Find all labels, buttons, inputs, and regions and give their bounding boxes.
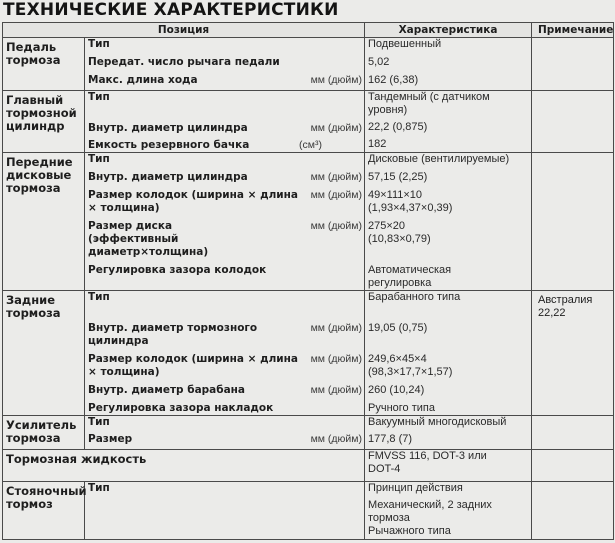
row-value: 5,02 [365, 56, 531, 69]
row-label: Передат. число рычага педали [88, 56, 280, 69]
row-unit: мм (дюйм) [311, 322, 362, 348]
header-characteristic: Характеристика [365, 23, 532, 38]
row-label: Макс. длина хода [88, 74, 198, 87]
row-unit: мм (дюйм) [311, 353, 362, 379]
row-note [532, 450, 614, 482]
group-name: Стояночный тормоз [3, 482, 85, 540]
row-value: Рычажного типа [365, 525, 531, 538]
row-label: Тип [88, 482, 110, 495]
row-value: 182 [365, 138, 531, 151]
row-unit: мм (дюйм) [311, 433, 362, 446]
row-value: 22,2 (0,875) [365, 121, 531, 134]
page-title: ТЕХНИЧЕСКИЕ ХАРАКТЕРИСТИКИ [3, 0, 339, 20]
table-row: Передние дисковые тормоза Тип Внутр. диа… [3, 153, 614, 291]
row-label: Внутр. диаметр цилиндра [88, 122, 248, 135]
row-label: Размер колодок (ширина × длина × толщина… [88, 189, 298, 215]
row-unit: мм (дюйм) [311, 220, 362, 259]
row-value: Принцип действия [365, 482, 531, 495]
row-note [532, 482, 614, 540]
row-note [532, 416, 614, 450]
table-row: Главный тормозной цилиндр Тип Внутр. диа… [3, 91, 614, 153]
row-label: Размер диска (эффективный диаметр×толщин… [88, 220, 238, 259]
row-value: Ручного типа [365, 402, 531, 415]
row-value: Подвешенный [365, 38, 531, 51]
row-value: 275×20 (10,83×0,79) [365, 220, 470, 246]
row-value: Дисковые (вентилируемые) [365, 153, 531, 166]
table-row: Педаль тормоза Тип Передат. число рычага… [3, 38, 614, 91]
row-value: 57,15 (2,25) [365, 171, 531, 184]
row-value: Автоматическая регулировка [365, 264, 470, 290]
group-name: Педаль тормоза [3, 38, 85, 91]
row-value: FMVSS 116, DOT-3 или DOT-4 [365, 450, 510, 476]
row-value: 19,05 (0,75) [365, 322, 531, 335]
row-note: Австралия 22,22 [532, 291, 614, 416]
row-label: Внутр. диаметр цилиндра [88, 171, 248, 184]
header-note: Примечание [532, 23, 614, 38]
group-name: Усилитель тормоза [3, 416, 85, 450]
row-unit: мм (дюйм) [311, 171, 362, 184]
row-unit: мм (дюйм) [311, 189, 362, 215]
row-label: Тип [88, 416, 110, 429]
row-label: Тип [88, 291, 110, 304]
table-row: Стояночный тормоз Тип Принцип действия М… [3, 482, 614, 540]
group-name: Главный тормозной цилиндр [3, 91, 85, 153]
row-value: 162 (6,38) [365, 74, 531, 87]
row-unit: мм (дюйм) [311, 74, 362, 87]
row-value: 49×111×10 (1,93×4,37×0,39) [365, 189, 480, 215]
row-value: Механический, 2 задних тормоза [365, 499, 510, 525]
row-label: Внутр. диаметр тормозного цилиндра [88, 322, 268, 348]
spec-table: Позиция Характеристика Примечание Педаль… [2, 22, 614, 540]
table-row: Усилитель тормоза Тип Размермм (дюйм) Ва… [3, 416, 614, 450]
row-label: Регулировка зазора накладок [88, 402, 273, 415]
row-label: Внутр. диаметр барабана [88, 384, 245, 397]
row-note [532, 153, 614, 291]
header-position: Позиция [3, 23, 365, 38]
row-label: Тип [88, 153, 110, 166]
row-value: Барабанного типа [365, 291, 531, 304]
row-label: Тип [88, 91, 110, 104]
header-row: Позиция Характеристика Примечание [3, 23, 614, 38]
row-value: Тандемный (с датчиком уровня) [365, 91, 520, 117]
row-unit: мм (дюйм) [311, 384, 362, 397]
row-note [532, 38, 614, 91]
row-value: 177,8 (7) [365, 433, 531, 446]
row-label: Емкость резервного бачка [88, 139, 249, 152]
row-value: 260 (10,24) [365, 384, 531, 397]
row-label: Тип [88, 38, 110, 51]
row-label: Размер [88, 433, 132, 446]
group-name: Задние тормоза [3, 291, 85, 416]
group-name: Тормозная жидкость [3, 450, 365, 482]
row-unit: мм (дюйм) [311, 122, 362, 135]
table-row: Тормозная жидкость FMVSS 116, DOT-3 или … [3, 450, 614, 482]
row-unit: (см³) [299, 139, 322, 152]
row-label: Регулировка зазора колодок [88, 264, 266, 277]
row-label: Размер колодок (ширина × длина × толщина… [88, 353, 298, 379]
row-note [532, 91, 614, 153]
row-value: Вакуумный многодисковый [365, 416, 531, 429]
row-value: 249,6×45×4 (98,3×17,7×1,57) [365, 353, 500, 379]
group-name: Передние дисковые тормоза [3, 153, 85, 291]
table-row: Задние тормоза Тип Внутр. диаметр тормоз… [3, 291, 614, 416]
